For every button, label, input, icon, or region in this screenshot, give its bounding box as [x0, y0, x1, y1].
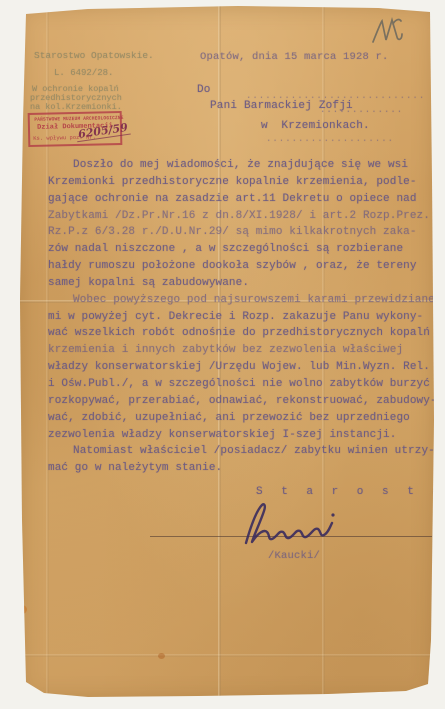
body-line: zezwolenia władzy konserwatorskiej I-sze… — [48, 427, 434, 444]
body-line: Doszło do mej wiadomości, że znajdujące … — [48, 157, 434, 174]
paper-stain — [17, 605, 27, 614]
crease-horizontal-lower — [18, 654, 436, 657]
to-label: Do — [197, 82, 211, 99]
body-line: hałdy rumoszu położone dookoła szybów , … — [48, 258, 434, 275]
dotted-line: .................... — [266, 131, 416, 148]
body-line: Wobec powyższego pod najsurowszemi karam… — [48, 292, 434, 309]
document-paper: Starostwo Opatowskie. L. 6492/28. W ochr… — [18, 5, 436, 701]
paragraph: Doszło do mej wiadomości, że znajdujące … — [48, 157, 434, 292]
typed-signature-name: /Kaucki/ — [268, 548, 320, 565]
paragraph: Wobec powyższego pod najsurowszemi karam… — [48, 292, 434, 444]
office-name: Starostwo Opatowskie. — [34, 50, 154, 61]
paragraph: Natomiast właściciel /posiadacz/ zabytku… — [48, 443, 434, 477]
letter-body: Doszło do mej wiadomości, że znajdujące … — [48, 157, 434, 477]
body-line: wać, zdobić, uzupełniać, ani przewozić b… — [48, 410, 434, 427]
body-line: krzemienia i innych zabytków bez zezwole… — [48, 342, 434, 359]
body-line: władzy konserwatorskiej /Urzędu Wojew. l… — [48, 359, 434, 376]
body-line: i Ośw.Publ./, a w szczególności nie woln… — [48, 376, 434, 393]
handwritten-signature — [236, 499, 340, 547]
dateline: Opatów, dnia 15 marca 1928 r. — [200, 49, 389, 66]
body-line: Rz.P.z 6/3.28 r./D.U.Nr.29/ są mimo kilk… — [48, 224, 434, 241]
body-line: gające ochronie na zasadzie art.11 Dekre… — [48, 191, 434, 208]
body-line: mać go w należytym stanie. — [48, 460, 434, 477]
body-line: rozkopywać, przerabiać, odnawiać, rekons… — [48, 393, 434, 410]
dotted-line: ............. — [320, 102, 432, 119]
body-line: Krzemionki przedhistoryczne kopalnie krz… — [48, 174, 434, 191]
reference-number: L. 6492/28. — [54, 68, 113, 78]
pencil-mark — [370, 17, 406, 47]
body-line: Zabytkami /Dz.Pr.Nr.16 z dn.8/XI.1928/ i… — [48, 208, 434, 225]
body-line: wać wszelkich robót odnośnie do przedhis… — [48, 325, 434, 342]
paper-stain — [158, 653, 165, 659]
body-line: samej kopalni są zabudowywane. — [48, 275, 434, 292]
body-line: zów nadal niszczone , a w szczególności … — [48, 241, 434, 258]
body-line: Natomiast właściciel /posiadacz/ zabytku… — [48, 443, 434, 460]
registry-stamp: PAŃSTWOWE MUZEUM ARCHEOLOGICZNE Dział Do… — [28, 111, 123, 147]
body-line: mi w powyżej cyt. Dekrecie i Rozp. zakaz… — [48, 309, 434, 326]
scanned-letter-page: Starostwo Opatowskie. L. 6492/28. W ochr… — [0, 0, 445, 709]
